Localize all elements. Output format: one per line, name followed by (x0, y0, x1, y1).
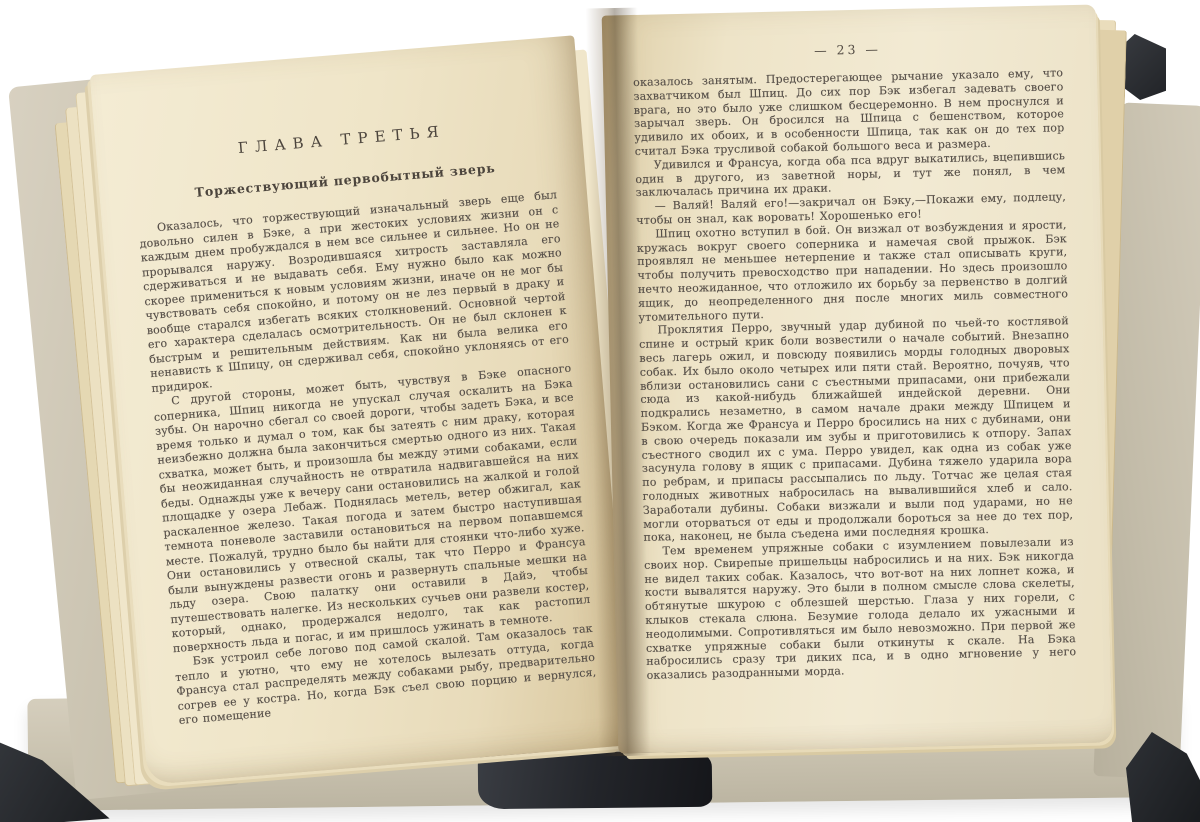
spine-cloth-bottom (478, 751, 713, 809)
left-page-text: ГЛАВА ТРЕТЬЯ Торжествующий первобытный з… (90, 35, 633, 784)
right-page-text: — 23 — оказалось занятым. Предостерегающ… (602, 4, 1113, 753)
paragraph: Тем временем упряжные собаки с изумление… (644, 535, 1077, 683)
paragraph: Проклятия Перро, звучный удар дубиной по… (639, 315, 1074, 545)
chapter-heading: ГЛАВА ТРЕТЬЯ (132, 113, 552, 165)
paragraph: оказалось занятым. Предостерегающее рыча… (633, 66, 1065, 159)
paragraph: Шпиц охотно вступил в бой. Он визжал от … (637, 218, 1069, 324)
left-page: ГЛАВА ТРЕТЬЯ Торжествующий первобытный з… (90, 35, 633, 784)
paragraph: Оказалось, что торжествующий изначальный… (138, 188, 571, 396)
right-page: — 23 — оказалось занятым. Предостерегающ… (602, 4, 1113, 753)
page-number: — 23 — (632, 37, 1062, 62)
book-photo: ГЛАВА ТРЕТЬЯ Торжествующий первобытный з… (0, 0, 1200, 822)
paragraph: С другой стороны, может быть, чувствуя в… (152, 362, 592, 657)
